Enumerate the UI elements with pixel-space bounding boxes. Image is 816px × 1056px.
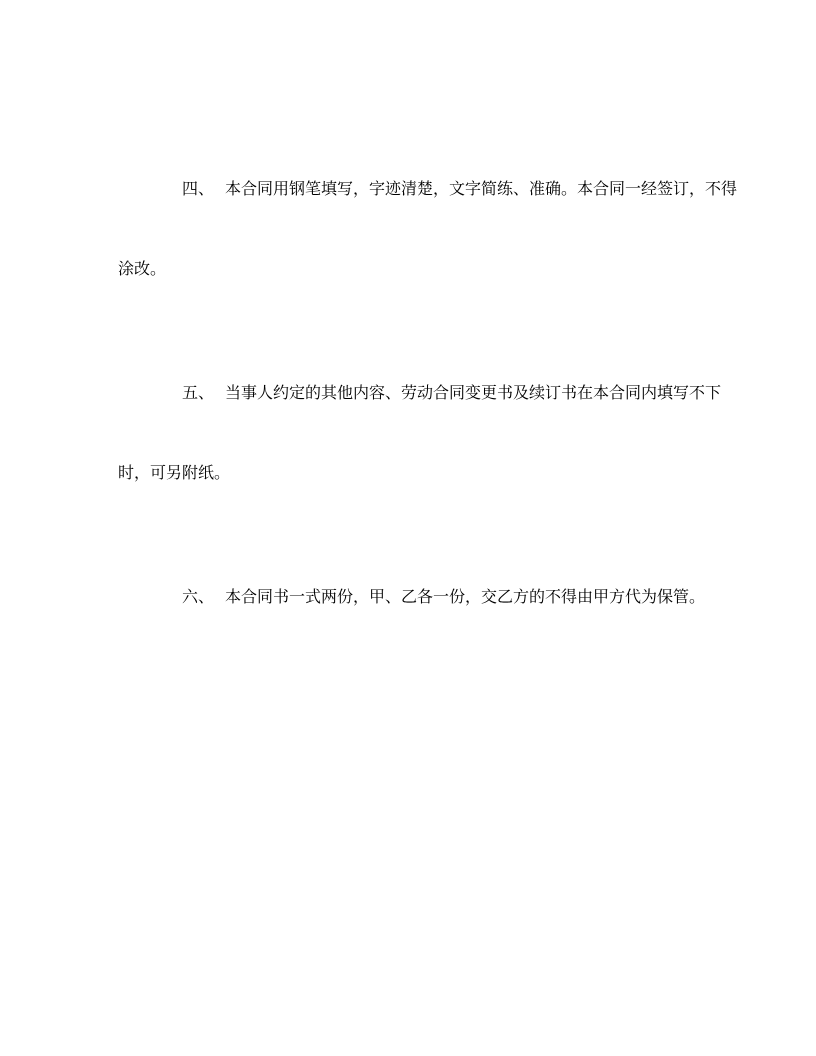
clause-five-line-1: 五、当事人约定的其他内容、劳动合同变更书及续订书在本合同内填写不下 (118, 334, 700, 454)
clause-five: 五、当事人约定的其他内容、劳动合同变更书及续订书在本合同内填写不下 时，可另附纸… (118, 334, 700, 494)
clause-four-text-line-1: 本合同用钢笔填写，字迹清楚，文字简练、准确。本合同一经签订，不得 (225, 181, 737, 198)
clause-four: 四、本合同用钢笔填写，字迹清楚，文字简练、准确。本合同一经签订，不得 涂改。 (118, 130, 700, 290)
clause-five-text-line-1: 当事人约定的其他内容、劳动合同变更书及续订书在本合同内填写不下 (225, 385, 721, 402)
clause-six-number: 六、 (182, 589, 214, 606)
clause-four-text-line-2: 涂改。 (118, 250, 700, 290)
document-body: 四、本合同用钢笔填写，字迹清楚，文字简练、准确。本合同一经签订，不得 涂改。 五… (118, 130, 700, 702)
clause-six-text-line-1: 本合同书一式两份，甲、乙各一份，交乙方的不得由甲方代为保管。 (225, 589, 705, 606)
clause-five-number: 五、 (182, 385, 214, 402)
document-page: 四、本合同用钢笔填写，字迹清楚，文字简练、准确。本合同一经签订，不得 涂改。 五… (0, 0, 816, 1056)
clause-four-line-1: 四、本合同用钢笔填写，字迹清楚，文字简练、准确。本合同一经签订，不得 (118, 130, 700, 250)
clause-six: 六、本合同书一式两份，甲、乙各一份，交乙方的不得由甲方代为保管。 (118, 538, 700, 658)
clause-six-line-1: 六、本合同书一式两份，甲、乙各一份，交乙方的不得由甲方代为保管。 (118, 538, 700, 658)
clause-four-number: 四、 (182, 181, 214, 198)
clause-five-text-line-2: 时，可另附纸。 (118, 454, 700, 494)
